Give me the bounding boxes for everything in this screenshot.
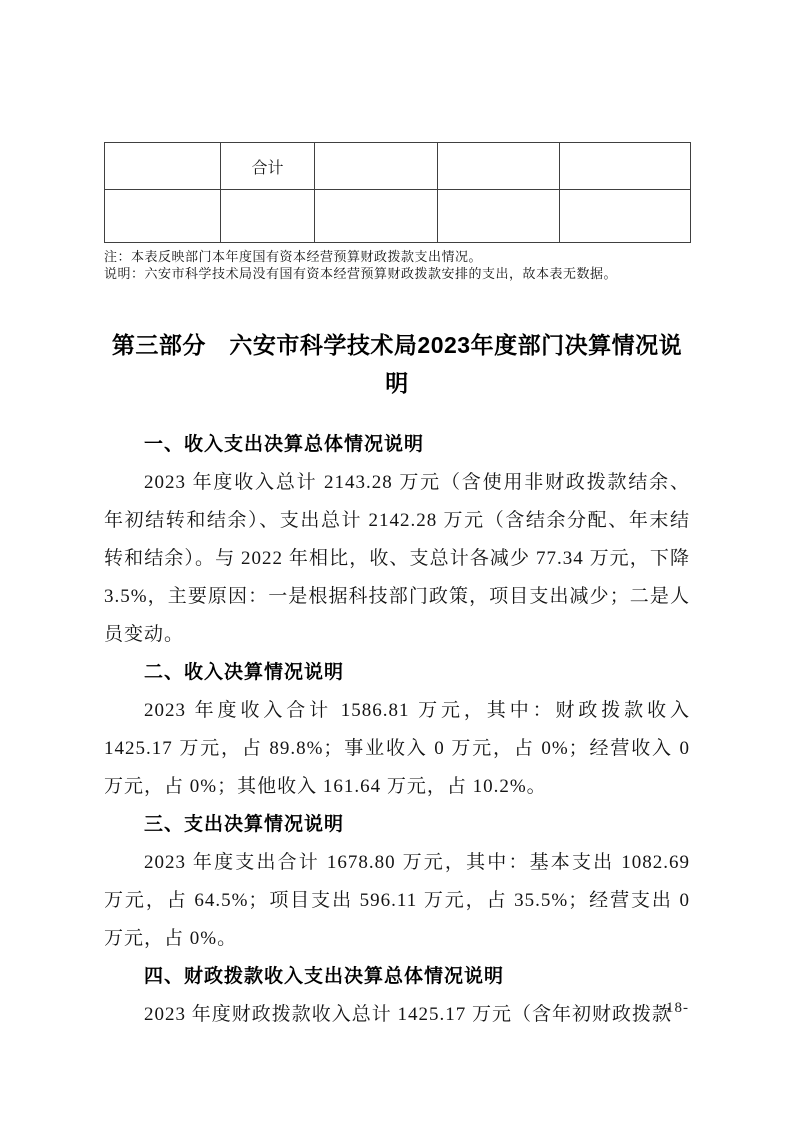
section-heading-2: 二、收入决算情况说明 [104,654,690,692]
part-title: 第三部分 六安市科学技术局2023年度部门决算情况说明 [104,326,690,402]
section-paragraph-2: 2023 年度收入合计 1586.81 万元，其中：财政拨款收入 1425.17… [104,692,690,806]
section-paragraph-3: 2023 年度支出合计 1678.80 万元，其中：基本支出 1082.69 万… [104,844,690,958]
section-paragraph-4: 2023 年度财政拨款收入总计 1425.17 万元（含年初财政拨款 [104,996,690,1034]
table-cell [560,143,691,190]
table-cell [438,190,560,243]
section-expenditure-details: 三、支出决算情况说明 2023 年度支出合计 1678.80 万元，其中：基本支… [104,806,690,958]
table-note: 注：本表反映部门本年度国有资本经营预算财政拨款支出情况。 [104,248,690,265]
table-cell [315,190,438,243]
state-capital-budget-table: 合计 [104,142,691,243]
table-cell-total: 合计 [221,143,315,190]
section-fiscal-appropriation-overview: 四、财政拨款收入支出决算总体情况说明 2023 年度财政拨款收入总计 1425.… [104,958,690,1034]
document-page: 合计 注：本表反映部门本年度国有资本经营预算财政拨款支出情况。 说明：六安市科学… [0,0,793,1122]
table-cell [221,190,315,243]
section-heading-1: 一、收入支出决算总体情况说明 [104,426,690,464]
section-heading-3: 三、支出决算情况说明 [104,806,690,844]
table-cell [560,190,691,243]
table-cell [438,143,560,190]
section-paragraph-1: 2023 年度收入总计 2143.28 万元（含使用非财政拨款结余、年初结转和结… [104,464,690,654]
table-data-row [105,190,691,243]
table-cell [105,190,221,243]
table-footnotes: 注：本表反映部门本年度国有资本经营预算财政拨款支出情况。 说明：六安市科学技术局… [104,248,690,282]
table-header-row: 合计 [105,143,691,190]
page-number: -18- [660,1000,689,1017]
section-heading-4: 四、财政拨款收入支出决算总体情况说明 [104,958,690,996]
page-content: 合计 注：本表反映部门本年度国有资本经营预算财政拨款支出情况。 说明：六安市科学… [104,142,690,1034]
table-cell [315,143,438,190]
section-income-expenditure-overview: 一、收入支出决算总体情况说明 2023 年度收入总计 2143.28 万元（含使… [104,426,690,654]
table-explanation: 说明：六安市科学技术局没有国有资本经营预算财政拨款安排的支出，故本表无数据。 [104,265,690,282]
section-income-details: 二、收入决算情况说明 2023 年度收入合计 1586.81 万元，其中：财政拨… [104,654,690,806]
table-cell [105,143,221,190]
